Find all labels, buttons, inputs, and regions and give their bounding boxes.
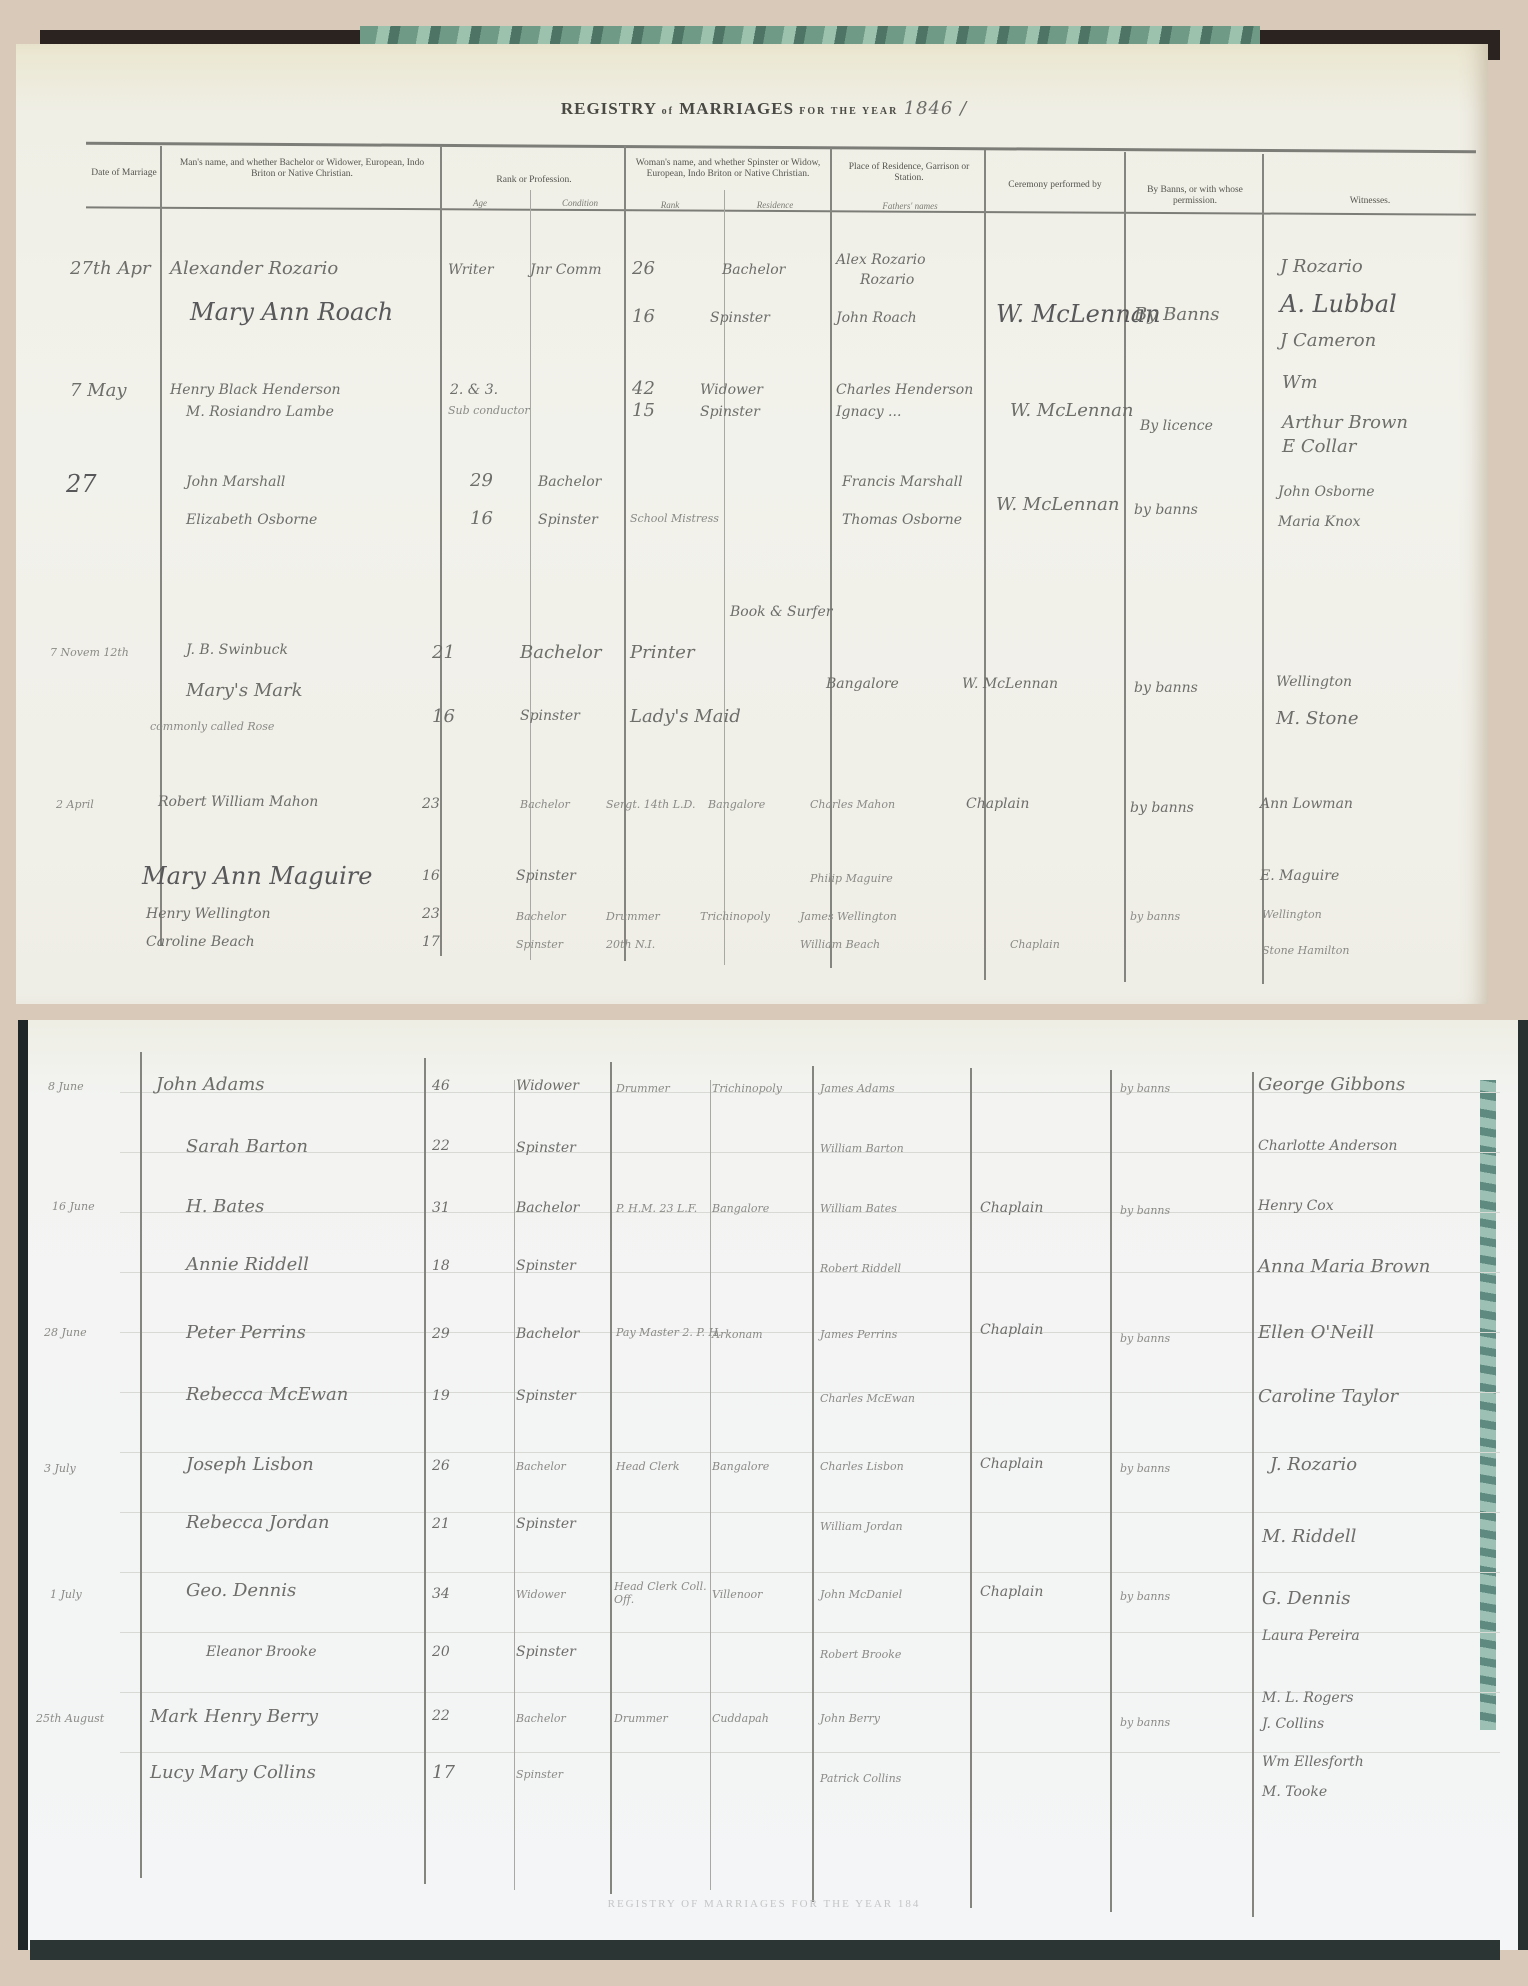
entry-date: 27 [66, 470, 97, 498]
entry-father: Charles Lisbon [820, 1460, 904, 1473]
entry-witness: Wm [1282, 372, 1318, 393]
entry-man-name: J. B. Swinbuck [186, 642, 288, 658]
entry-witness: Caroline Taylor [1258, 1386, 1398, 1407]
entry-woman-condition: Spinster [710, 310, 770, 326]
entry-banns: by banns [1130, 800, 1194, 816]
entry-banns: by banns [1120, 1716, 1170, 1729]
entry-witness: J Rozario [1280, 256, 1363, 277]
entry-father: James Wellington [800, 910, 897, 923]
entry-witness: George Gibbons [1258, 1074, 1405, 1095]
entry-age: 26 [432, 1458, 450, 1474]
col-divider [1110, 1070, 1112, 1912]
entry-condition: Bachelor [516, 910, 566, 923]
entry-residence: Trichinopoly [700, 910, 770, 923]
col-header-date: Date of Marriage [88, 168, 160, 179]
bleed-through-footer: REGISTRY OF MARRIAGES FOR THE YEAR 184 [0, 1898, 1528, 1910]
entry-ceremony: Chaplain [980, 1200, 1043, 1216]
entry-date: 7 Novem 12th [50, 646, 129, 659]
entry-woman-condition: Spinster [516, 868, 576, 884]
col-subdivider [514, 1080, 515, 1890]
col-header-witnesses: Witnesses. [1270, 196, 1470, 207]
entry-witness: J. Collins [1262, 1716, 1324, 1732]
col-divider [984, 150, 986, 980]
entry-banns: by banns [1120, 1590, 1170, 1603]
entry-woman-father: Ignacy ... [836, 404, 901, 420]
col-header-ceremony: Ceremony performed by [990, 180, 1120, 191]
entry-ceremony: Chaplain [1010, 938, 1060, 951]
entry-residence: Alex Rozario [836, 252, 926, 268]
entry-man-detail: Jnr Comm [530, 262, 601, 278]
entry-banns: by banns [1120, 1204, 1170, 1217]
col-divider [140, 1052, 142, 1878]
entry-date: 28 June [44, 1326, 87, 1339]
entry-residence: Bangalore [708, 798, 765, 811]
col-sub-age: Age [450, 198, 510, 209]
entry-date: 3 July [44, 1462, 76, 1475]
entry-age: 46 [432, 1078, 450, 1094]
entry-witness: Anna Maria Brown [1258, 1256, 1430, 1277]
entry-condition: Bachelor [516, 1200, 579, 1216]
entry-rank: Head Clerk Coll. Off. [614, 1580, 708, 1606]
entry-residence: Bangalore [712, 1202, 769, 1215]
entry-woman-condition: Spinster [516, 1516, 576, 1532]
entry-woman-name: Lucy Mary Collins [150, 1762, 316, 1783]
col-subdivider [710, 1080, 711, 1890]
col-header-rank: Rank or Profession. [444, 175, 624, 186]
entry-man-rank: 2. & 3. [450, 382, 498, 398]
col-sub-residence: Residence [730, 200, 820, 211]
entry-man-name: John Marshall [186, 474, 285, 490]
entry-ceremony: Chaplain [966, 796, 1029, 812]
entry-woman-condition: Spinster [516, 938, 563, 951]
entry-rank: Drummer [616, 1082, 670, 1095]
entry-woman-condition: Spinster [516, 1140, 576, 1156]
entry-residence: Charles Henderson [836, 382, 973, 398]
entry-condition: Bachelor [520, 798, 570, 811]
entry-age: 26 [632, 258, 655, 279]
entry-date: 1 July [50, 1588, 82, 1601]
col-divider [160, 146, 162, 946]
entry-rank: Pay Master 2. P. H. [616, 1326, 722, 1339]
entry-man-name: Henry Wellington [146, 906, 271, 922]
entry-man-name: H. Bates [186, 1196, 264, 1217]
entry-woman-condition: Spinster [516, 1388, 576, 1404]
ruled-line [120, 1752, 1500, 1753]
entry-woman-name: Caroline Beach [146, 934, 255, 950]
col-subdivider [724, 190, 725, 965]
entry-woman-age: 16 [632, 306, 655, 327]
entry-father: Rozario [860, 272, 914, 288]
entry-woman-father: Robert Riddell [820, 1262, 901, 1275]
entry-witness: Arthur Brown [1282, 412, 1408, 433]
entry-woman-condition: Spinster [516, 1768, 563, 1781]
col-header-banns: By Banns, or with whose permission. [1130, 185, 1260, 207]
entry-woman-name: Mary Ann Roach [190, 298, 393, 326]
entry-man-rank: Writer [448, 262, 494, 278]
entry-condition: Bachelor [516, 1712, 566, 1725]
entry-ceremony: Chaplain [980, 1322, 1043, 1338]
col-divider [440, 146, 442, 956]
col-sub-rank: Rank [640, 200, 700, 211]
entry-woman-age: 17 [432, 1762, 455, 1783]
entry-witness: Stone Hamilton [1262, 944, 1349, 957]
entry-woman-name: Rebecca Jordan [186, 1512, 330, 1533]
col-divider [1262, 154, 1264, 984]
col-sub-fathers: Fathers' names [840, 201, 980, 212]
entry-rank: Drummer [606, 910, 660, 923]
entry-ceremony: Chaplain [980, 1584, 1043, 1600]
col-header-man: Man's name, and whether Bachelor or Wido… [168, 158, 436, 180]
entry-rank: Sergt. 14th L.D. [606, 798, 695, 811]
entry-rank: P. H.M. 23 L.F. [616, 1202, 697, 1215]
col-divider [1252, 1072, 1254, 1917]
entry-father: James Adams [820, 1082, 895, 1095]
entry-witness: J Cameron [1280, 330, 1376, 351]
entry-woman-father: William Barton [820, 1142, 904, 1155]
entry-age: 31 [432, 1200, 450, 1216]
entry-banns: by banns [1134, 502, 1198, 518]
entry-condition: Bachelor [520, 642, 601, 663]
entry-woman-condition: Spinster [520, 708, 580, 724]
entry-man-name: Alexander Rozario [170, 258, 338, 279]
entry-man-name: Joseph Lisbon [186, 1454, 314, 1475]
page-title: REGISTRY of MARRIAGES FOR THE YEAR 1846 … [0, 98, 1528, 119]
entry-ceremony: W. McLennan [962, 676, 1058, 692]
entry-woman-father: Patrick Collins [820, 1772, 901, 1785]
col-divider [424, 1058, 426, 1884]
entry-witness: Ellen O'Neill [1258, 1322, 1374, 1343]
entry-witness: Wm Ellesforth [1262, 1754, 1364, 1770]
entry-woman-note: commonly called Rose [150, 720, 274, 733]
entry-woman-father: William Jordan [820, 1520, 903, 1533]
entry-woman-name: Mary's Mark [186, 680, 303, 701]
entry-witness: J. Rozario [1270, 1454, 1357, 1475]
entry-witness: M. Riddell [1262, 1526, 1356, 1547]
entry-age: 29 [432, 1326, 450, 1342]
entry-ceremony: W. McLennan [996, 494, 1119, 515]
entry-woman-name: Annie Riddell [186, 1254, 309, 1275]
col-header-woman: Woman's name, and whether Spinster or Wi… [628, 158, 828, 180]
entry-witness: Wellington [1276, 674, 1352, 690]
entry-woman-condition: Spinster [700, 404, 760, 420]
entry-residence: Bangalore [712, 1460, 769, 1473]
entry-rank: Drummer [614, 1712, 668, 1725]
col-divider [970, 1068, 972, 1908]
entry-witness: M. Tooke [1262, 1784, 1327, 1800]
entry-father: John Berry [820, 1712, 880, 1725]
entry-condition: Bachelor [722, 262, 785, 278]
entry-woman-age: 16 [422, 868, 440, 884]
entry-witness: Ann Lowman [1260, 796, 1353, 812]
entry-woman-age: 16 [470, 508, 493, 529]
book-cover-bottom [30, 1940, 1500, 1960]
entry-witness: A. Lubbal [1280, 290, 1397, 318]
entry-woman-rank: Lady's Maid [630, 706, 741, 727]
entry-woman-name: M. Rosiandro Lambe [186, 404, 334, 420]
entry-residence: Arkonam [712, 1328, 763, 1341]
entry-man-name: Henry Black Henderson [170, 382, 341, 398]
entry-woman-detail: School Mistress [630, 512, 719, 525]
entry-residence: Villenoor [712, 1588, 762, 1601]
entry-residence: Bangalore [826, 676, 899, 692]
entry-woman-age: 16 [432, 706, 455, 727]
entry-woman-name: Rebecca McEwan [186, 1384, 348, 1405]
col-divider [1124, 152, 1126, 982]
col-divider [610, 1062, 612, 1894]
col-divider [812, 1066, 814, 1902]
entry-man-name: Peter Perrins [186, 1322, 306, 1343]
entry-woman-age: 20 [432, 1644, 450, 1660]
ruled-line [120, 1452, 1500, 1453]
entry-condition: Widower [516, 1588, 565, 1601]
entry-banns: by banns [1130, 910, 1180, 923]
entry-note: Book & Surfer [730, 604, 832, 620]
entry-age: 34 [432, 1586, 450, 1602]
entry-witness: G. Dennis [1262, 1588, 1350, 1609]
entry-man-name: Mark Henry Berry [150, 1706, 318, 1727]
entry-father: Charles Mahon [810, 798, 895, 811]
col-header-place: Place of Residence, Garrison or Station. [834, 162, 984, 184]
entry-woman-age: 15 [632, 400, 655, 421]
entry-residence: Trichinopoly [712, 1082, 782, 1095]
entry-woman-name: Sarah Barton [186, 1136, 308, 1157]
entry-age: 23 [422, 906, 440, 922]
entry-woman-condition: Spinster [516, 1258, 576, 1274]
entry-banns: by banns [1134, 680, 1198, 696]
entry-banns: by banns [1120, 1462, 1170, 1475]
entry-woman-age: 21 [432, 1516, 450, 1532]
entry-residence: Francis Marshall [842, 474, 963, 490]
entry-father: William Bates [820, 1202, 897, 1215]
entry-condition: Bachelor [516, 1326, 579, 1342]
entry-woman-father: John Roach [836, 310, 917, 326]
entry-age: 29 [470, 470, 493, 491]
col-subdivider [530, 190, 531, 960]
entry-witness: E. Maguire [1260, 868, 1339, 884]
entry-woman-father: Thomas Osborne [842, 512, 962, 528]
entry-woman-age: 19 [432, 1388, 450, 1404]
entry-man-name: Robert William Mahon [158, 794, 318, 810]
entry-witness: Laura Pereira [1262, 1628, 1360, 1644]
entry-witness: Maria Knox [1278, 514, 1360, 530]
entry-age: 23 [422, 796, 440, 812]
entry-woman-name: Mary Ann Maguire [142, 862, 372, 890]
entry-condition: Widower [700, 382, 763, 398]
entry-rank: Printer [630, 642, 695, 663]
entry-ceremony: W. McLennan [1010, 400, 1133, 421]
entry-age: 22 [432, 1708, 450, 1724]
entry-man-detail: Sub conductor [448, 404, 530, 417]
entry-age: 42 [632, 378, 655, 399]
entry-date: 27th Apr [70, 258, 151, 279]
entry-banns: by banns [1120, 1332, 1170, 1345]
entry-woman-father: Robert Brooke [820, 1648, 901, 1661]
col-divider [624, 146, 626, 961]
entry-rank: Head Clerk [616, 1460, 680, 1473]
entry-woman-rank: 20th N.I. [606, 938, 655, 951]
col-divider [830, 148, 832, 968]
entry-ceremony: Chaplain [980, 1456, 1043, 1472]
entry-witness: E Collar [1282, 436, 1356, 457]
entry-witness: Wellington [1262, 908, 1322, 921]
entry-age: 21 [432, 642, 455, 663]
entry-date: 2 April [56, 798, 94, 811]
entry-condition: Widower [516, 1078, 579, 1094]
entry-woman-name: Eleanor Brooke [206, 1644, 317, 1660]
entry-man-name: John Adams [156, 1074, 265, 1095]
ruled-line [120, 1572, 1500, 1573]
entry-date: 7 May [70, 380, 127, 401]
col-sub-condition: Condition [540, 198, 620, 209]
entry-condition: Bachelor [516, 1460, 566, 1473]
entry-woman-age: 17 [422, 934, 440, 950]
entry-woman-father: Philip Maguire [810, 872, 893, 885]
entry-woman-father: Charles McEwan [820, 1392, 915, 1405]
entry-woman-father: William Beach [800, 938, 880, 951]
entry-date: 8 June [48, 1080, 84, 1093]
entry-father: James Perrins [820, 1328, 897, 1341]
entry-woman-condition: Spinster [538, 512, 598, 528]
entry-witness: John Osborne [1278, 484, 1375, 500]
entry-residence: Cuddapah [712, 1712, 769, 1725]
title-year: 1846 / [904, 98, 968, 119]
entry-woman-age: 18 [432, 1258, 450, 1274]
entry-woman-condition: Spinster [516, 1644, 576, 1660]
entry-father: John McDaniel [820, 1588, 902, 1601]
entry-banns: By licence [1140, 418, 1213, 434]
entry-banns: by banns [1120, 1082, 1170, 1095]
register-page-bottom [18, 1020, 1528, 1950]
entry-witness: M. Stone [1276, 708, 1359, 729]
entry-witness: Charlotte Anderson [1258, 1138, 1397, 1154]
entry-woman-age: 22 [432, 1138, 450, 1154]
entry-date: 16 June [52, 1200, 95, 1213]
entry-witness: M. L. Rogers [1262, 1690, 1354, 1706]
entry-condition: Bachelor [538, 474, 601, 490]
entry-man-name: Geo. Dennis [186, 1580, 296, 1601]
entry-woman-name: Elizabeth Osborne [186, 512, 317, 528]
entry-witness: Henry Cox [1258, 1198, 1334, 1214]
entry-date: 25th August [36, 1712, 104, 1725]
entry-banns: By Banns [1134, 304, 1220, 325]
